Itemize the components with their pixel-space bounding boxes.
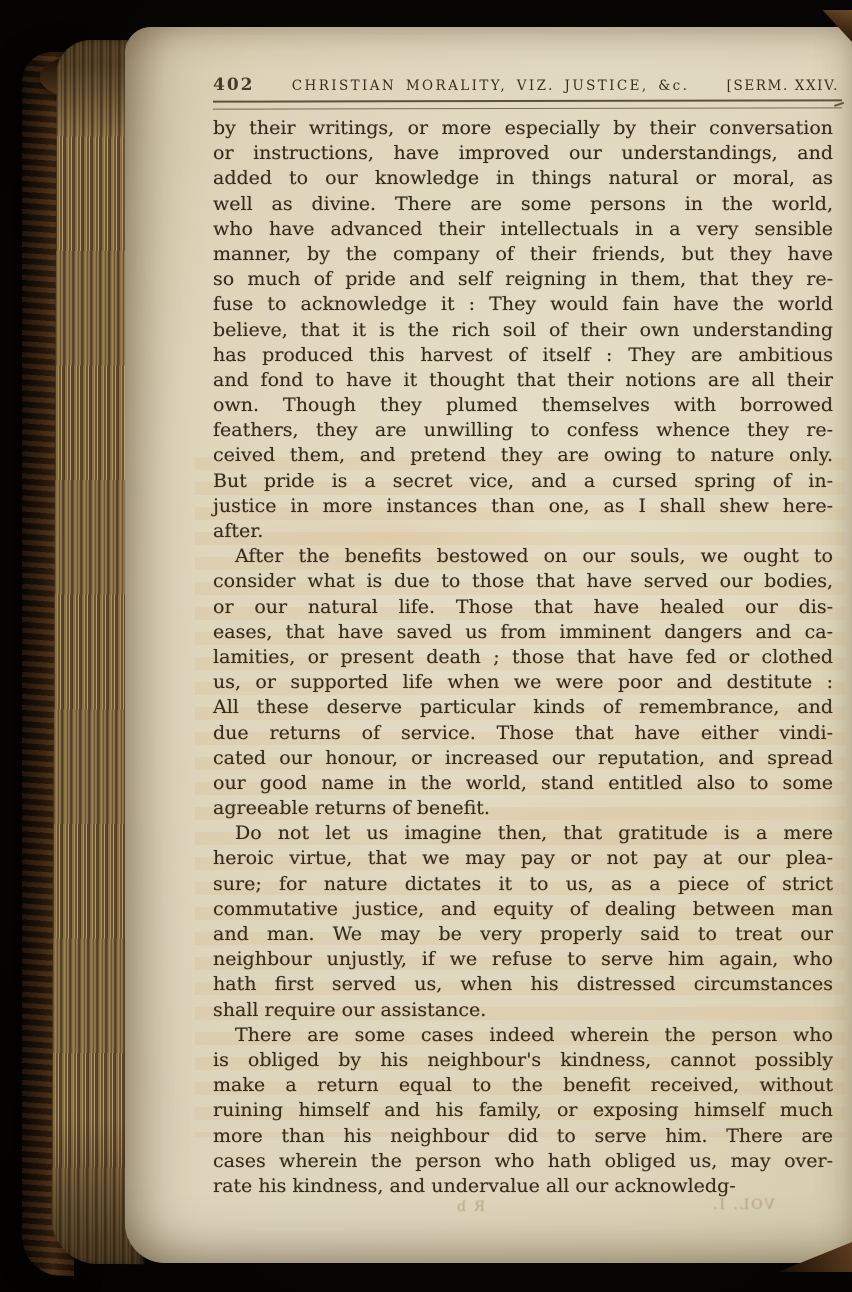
body-text-line: and man. We may be very properly said to… [213, 922, 833, 947]
body-text-line: Do not let us imagine then, that gratitu… [213, 821, 833, 846]
body-text-line: due returns of service. Those that have … [213, 721, 833, 746]
body-text-line: make a return equal to the benefit recei… [213, 1073, 833, 1098]
body-text-line: consider what is due to those that have … [213, 569, 833, 594]
body-text-line: sure; for nature dictates it to us, as a… [213, 872, 833, 897]
body-text-line: But pride is a secret vice, and a cursed… [213, 469, 833, 494]
sermon-reference: [SERM. XXIV. [727, 78, 839, 94]
body-text-line: commutative justice, and equity of deali… [213, 897, 833, 922]
body-text-line: agreeable returns of benefit. [213, 796, 833, 821]
body-text-line: shall require our assistance. [213, 998, 833, 1023]
body-text-line: eases, that have saved us from imminent … [213, 620, 833, 645]
body-text-line: cated our honour, or increased our reput… [213, 746, 833, 771]
page-number: 402 [213, 75, 255, 95]
body-text-line: more than his neighbour did to serve him… [213, 1124, 833, 1149]
body-text-line: our good name in the world, stand entitl… [213, 771, 833, 796]
body-text-line: cases wherein the person who hath oblige… [213, 1149, 833, 1174]
body-text-line: so much of pride and self reigning in th… [213, 267, 833, 292]
body-text-line: feathers, they are unwilling to confess … [213, 418, 833, 443]
body-text-line: has produced this harvest of itself : Th… [213, 343, 833, 368]
body-text-line: There are some cases indeed wherein the … [213, 1023, 833, 1048]
body-text-line: well as divine. There are some persons i… [213, 192, 833, 217]
body-text-line: own. Though they plumed themselves with … [213, 393, 833, 418]
body-text-line: believe, that it is the rich soil of the… [213, 318, 833, 343]
body-text-line: fuse to acknowledge it : They would fain… [213, 292, 833, 317]
printed-content: 402 CHRISTIAN MORALITY, VIZ. JUSTICE, &c… [125, 27, 852, 1263]
body-text-block: by their writings, or more especially by… [213, 116, 833, 1199]
body-text-line: After the benefits bestowed on our souls… [213, 544, 833, 569]
header-double-rule [213, 99, 842, 109]
body-text-line: All these deserve particular kinds of re… [213, 695, 833, 720]
body-text-line: or instructions, have improved our under… [213, 141, 833, 166]
photo-background: 402 CHRISTIAN MORALITY, VIZ. JUSTICE, &c… [0, 0, 852, 1292]
show-through-volume-mark: VOL. I. [711, 1197, 775, 1213]
body-text-line: neighbour unjustly, if we refuse to serv… [213, 947, 833, 972]
body-text-line: is obliged by his neighbour's kindness, … [213, 1048, 833, 1073]
running-title: CHRISTIAN MORALITY, VIZ. JUSTICE, &c. [255, 78, 727, 94]
running-header: 402 CHRISTIAN MORALITY, VIZ. JUSTICE, &c… [213, 75, 839, 99]
body-text-line: ruining himself and his family, or expos… [213, 1098, 833, 1123]
body-text-line: after. [213, 519, 833, 544]
body-text-line: who have advanced their intellectuals in… [213, 217, 833, 242]
show-through-signature-mark: R b [455, 1199, 485, 1215]
body-text-line: justice in more instances than one, as I… [213, 494, 833, 519]
body-text-line: us, or supported life when we were poor … [213, 670, 833, 695]
body-text-line: added to our knowledge in things natural… [213, 166, 833, 191]
body-text-line: rate his kindness, and undervalue all ou… [213, 1174, 833, 1199]
body-text-line: or our natural life. Those that have hea… [213, 595, 833, 620]
body-text-line: lamities, or present death ; those that … [213, 645, 833, 670]
body-text-line: and fond to have it thought that their n… [213, 368, 833, 393]
body-text-line: ceived them, and pretend they are owing … [213, 443, 833, 468]
body-text-line: by their writings, or more especially by… [213, 116, 833, 141]
body-text-line: manner, by the company of their friends,… [213, 242, 833, 267]
body-text-line: heroic virtue, that we may pay or not pa… [213, 846, 833, 871]
book-page: 402 CHRISTIAN MORALITY, VIZ. JUSTICE, &c… [125, 27, 852, 1263]
body-text-line: hath first served us, when his distresse… [213, 972, 833, 997]
